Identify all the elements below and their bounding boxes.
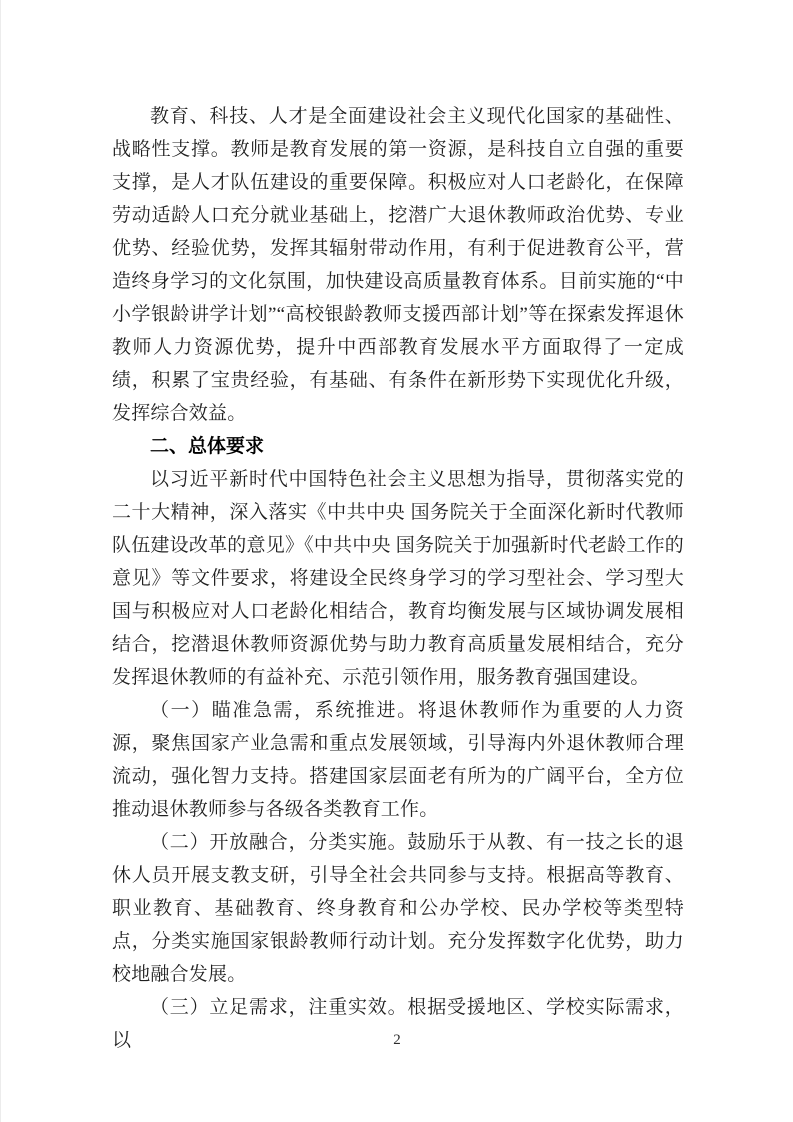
section-heading-overall-requirements: 二、总体要求 <box>112 430 684 463</box>
paragraph-guiding-ideology: 以习近平新时代中国特色社会主义思想为指导，贯彻落实党的二十大精神，深入落实《中共… <box>112 463 684 694</box>
document-body: 教育、科技、人才是全面建设社会主义现代化国家的基础性、战略性支撑。教师是教育发展… <box>112 100 684 1057</box>
paragraph-principle-2: （二）开放融合，分类实施。鼓励乐于从教、有一技之长的退休人员开展支教支研，引导全… <box>112 826 684 991</box>
paragraph-principle-1: （一）瞄准急需，系统推进。将退休教师作为重要的人力资源，聚焦国家产业急需和重点发… <box>112 694 684 826</box>
document-page: 教育、科技、人才是全面建设社会主义现代化国家的基础性、战略性支撑。教师是教育发展… <box>0 0 793 1122</box>
paragraph-intro: 教育、科技、人才是全面建设社会主义现代化国家的基础性、战略性支撑。教师是教育发展… <box>112 100 684 430</box>
page-number: 2 <box>1 1031 793 1049</box>
